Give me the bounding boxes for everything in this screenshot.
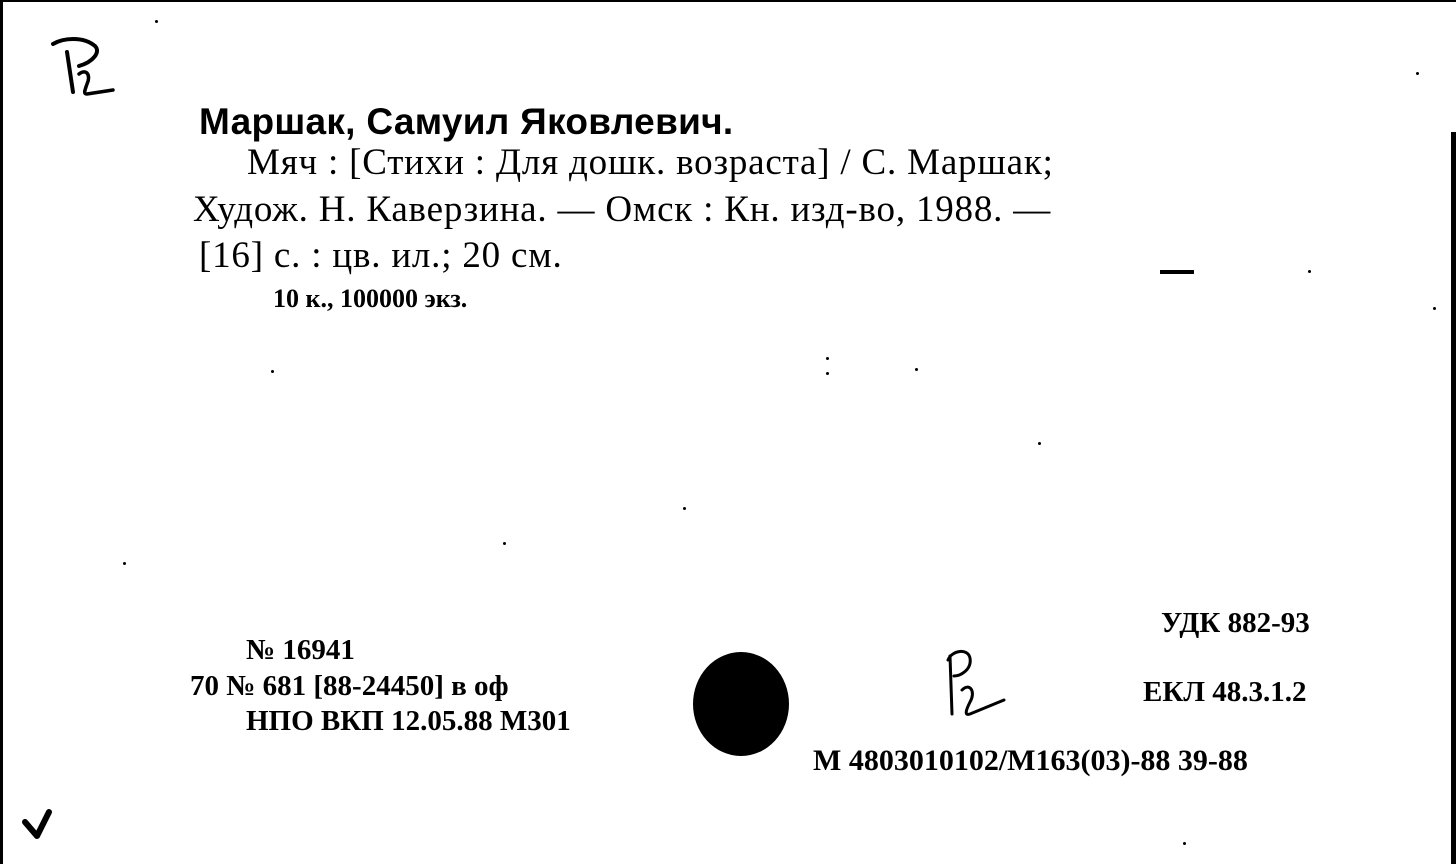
illustrator-publisher-line: Худож. Н. Каверзина. — Омск : Кн. изд-во…	[193, 191, 1051, 228]
scan-speck	[155, 20, 158, 23]
physical-description-line: [16] с. : цв. ил.; 20 см.	[199, 237, 563, 274]
udk-classification: УДК 882-93	[1161, 609, 1310, 638]
scan-speck	[826, 372, 829, 375]
scan-speck	[1433, 307, 1436, 310]
dash-mark	[1160, 270, 1194, 274]
scan-speck	[1308, 270, 1311, 273]
ekl-classification: ЕКЛ 48.3.1.2	[1143, 678, 1306, 707]
author-heading: Маршак, Самуил Яковлевич.	[199, 103, 734, 140]
punch-hole	[693, 652, 789, 756]
card-number: № 16941	[246, 636, 355, 665]
scan-speck	[271, 370, 274, 373]
card-edge-shadow	[1451, 132, 1456, 864]
scan-speck	[1038, 442, 1041, 445]
price-print-run: 10 к., 100000 экз.	[273, 286, 467, 312]
scan-speck	[1183, 842, 1186, 845]
catalog-card: Маршак, Самуил Яковлевич. Мяч : [Стихи :…	[0, 0, 1456, 864]
publisher-line: НПО ВКП 12.05.88 М301	[246, 707, 571, 736]
handwritten-p2-mark-icon	[43, 32, 123, 102]
title-line: Мяч : [Стихи : Для дошк. возраста] / С. …	[247, 144, 1054, 181]
scan-speck	[826, 357, 829, 360]
scan-speck	[503, 542, 506, 545]
scan-speck	[683, 507, 686, 510]
isbn-code: М 4803010102/М163(03)-88 39-88	[813, 746, 1248, 776]
checkmark-icon	[21, 808, 61, 844]
scan-speck	[1416, 72, 1419, 75]
order-line: 70 № 681 [88-24450] в оф	[190, 672, 509, 701]
scan-speck	[915, 368, 918, 371]
scan-speck	[123, 562, 126, 565]
handwritten-p2-mark-icon	[938, 642, 1018, 722]
